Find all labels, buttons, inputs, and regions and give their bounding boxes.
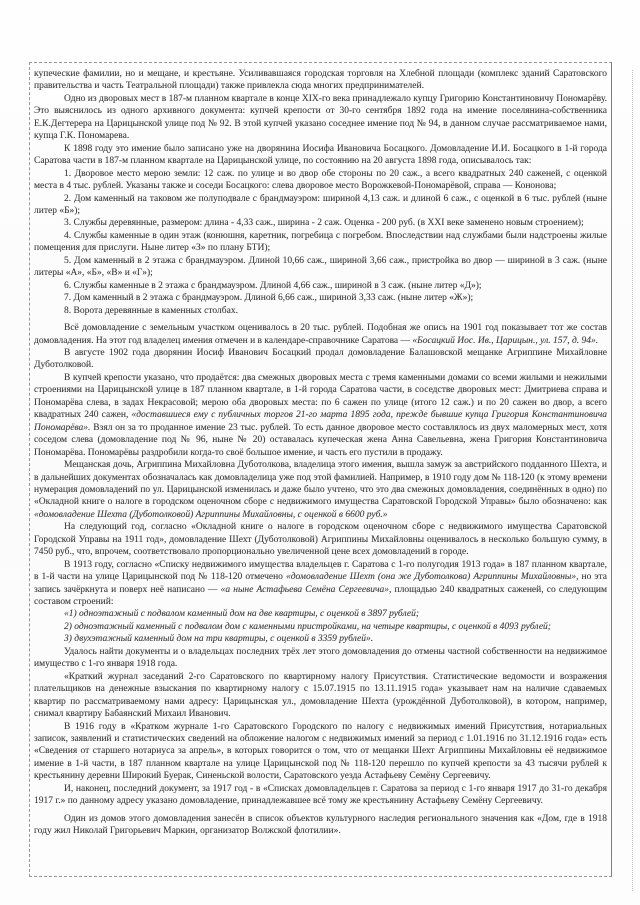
paragraph-4: 1. Дворовое место мерою земли: 12 саж. п… <box>34 168 607 193</box>
paragraph-18: «1) одноэтажный с подвалом каменный дом … <box>34 608 607 620</box>
italic-run: «1) одноэтажный с подвалом каменный дом … <box>64 609 419 619</box>
paragraph-25: Один из домов этого домовладения занесён… <box>34 813 607 838</box>
document-text: купеческие фамилии, но и мещане, и крест… <box>29 62 612 877</box>
paragraph-20: 3) двухэтажный каменный дом на три кварт… <box>34 633 607 645</box>
paragraph-8: 5. Дом каменный в 2 этажа с брандмауэром… <box>34 255 607 280</box>
scan-edge-artifact <box>632 70 633 891</box>
paragraph-3: К 1898 году это имение было записано уже… <box>34 143 607 168</box>
italic-run: «домовладение Шехт (она же Дуботолкова) … <box>286 572 579 582</box>
italic-run: «домовладение Шехта (Дуботолковой) Агрип… <box>34 510 388 520</box>
paragraph-14: В купчей крепости указано, что продаётся… <box>34 372 607 459</box>
text-run: В 1916 году в «Кратком журнале 1-го Сара… <box>34 722 607 782</box>
text-run: На следующий год, согласно «Окладной кни… <box>34 522 607 557</box>
text-run: Удалось найти документы и о владельцах п… <box>34 647 607 669</box>
text-run: 5. Дом каменный в 2 этажа с брандмауэром… <box>34 256 607 278</box>
text-run: В августе 1902 года дворянин Иосиф Ивано… <box>34 348 607 370</box>
paragraph-21: Удалось найти документы и о владельцах п… <box>34 646 607 671</box>
paragraph-11: 8. Ворота деревянные в каменных столбах. <box>34 305 607 317</box>
text-run: купеческие фамилии, но и мещане, и крест… <box>34 69 607 91</box>
paragraph-5: 2. Дом каменный на таковом же полуподвал… <box>34 193 607 218</box>
paragraph-24: И, наконец, последний документ, за 1917 … <box>34 783 607 808</box>
italic-run: «Босацкий Иос. Ив., Царицын., ул. 157, д… <box>412 336 598 346</box>
paragraph-10: 7. Дом каменный в 2 этажа с брандмауэром… <box>34 292 607 304</box>
text-run: 2. Дом каменный на таковом же полуподвал… <box>34 194 607 216</box>
paragraph-12: Всё домовладение с земельным участком оц… <box>34 322 607 347</box>
text-run: Один из домов этого домовладения занесён… <box>34 814 607 836</box>
paragraph-2: Одно из дворовых мест в 187-м планном кв… <box>34 93 607 143</box>
paragraph-15: Мещанская дочь, Агриппина Михайловна Дуб… <box>34 459 607 521</box>
text-run: Взял он за то проданное имение 23 тыс. р… <box>34 423 607 458</box>
text-run: Одно из дворовых мест в 187-м планном кв… <box>34 94 607 141</box>
paragraph-19: 2) одноэтажный каменный с подвалом дом с… <box>34 621 607 633</box>
text-run: 7. Дом каменный в 2 этажа с брандмауэром… <box>64 293 473 303</box>
paragraph-1: купеческие фамилии, но и мещане, и крест… <box>34 68 607 93</box>
paragraph-23: В 1916 году в «Кратком журнале 1-го Сара… <box>34 721 607 783</box>
paragraph-6: 3. Службы деревянные, размером: длина - … <box>34 217 607 229</box>
text-run: 8. Ворота деревянные в каменных столбах. <box>64 306 238 316</box>
paragraph-22: «Краткий журнал заседаний 2-го Саратовск… <box>34 671 607 721</box>
text-run: 4. Службы каменные в один этаж (конюшня,… <box>34 231 607 253</box>
paragraph-16: На следующий год, согласно «Окладной кни… <box>34 521 607 558</box>
text-run: Мещанская дочь, Агриппина Михайловна Дуб… <box>34 460 607 507</box>
paragraph-13: В августе 1902 года дворянин Иосиф Ивано… <box>34 347 607 372</box>
text-run: 3. Службы деревянные, размером: длина - … <box>64 218 584 228</box>
text-run: 6. Службы каменные в 2 этажа с брандмауэ… <box>64 281 482 291</box>
paragraph-17: В 1913 году, согласно «Списку недвижимог… <box>34 559 607 609</box>
italic-run: 3) двухэтажный каменный дом на три кварт… <box>64 634 373 644</box>
paragraph-7: 4. Службы каменные в один этаж (конюшня,… <box>34 230 607 255</box>
italic-run: «а ныне Астафьева Семёна Сергеевича», <box>221 585 392 595</box>
text-run: 1. Дворовое место мерою земли: 12 саж. п… <box>34 169 607 191</box>
text-run: И, наконец, последний документ, за 1917 … <box>34 784 607 806</box>
text-run: К 1898 году это имение было записано уже… <box>34 144 607 166</box>
paragraph-9: 6. Службы каменные в 2 этажа с брандмауэ… <box>34 280 607 292</box>
scanned-page: купеческие фамилии, но и мещане, и крест… <box>0 0 640 905</box>
italic-run: 2) одноэтажный каменный с подвалом дом с… <box>64 622 551 632</box>
text-run: «Краткий журнал заседаний 2-го Саратовск… <box>34 672 607 719</box>
